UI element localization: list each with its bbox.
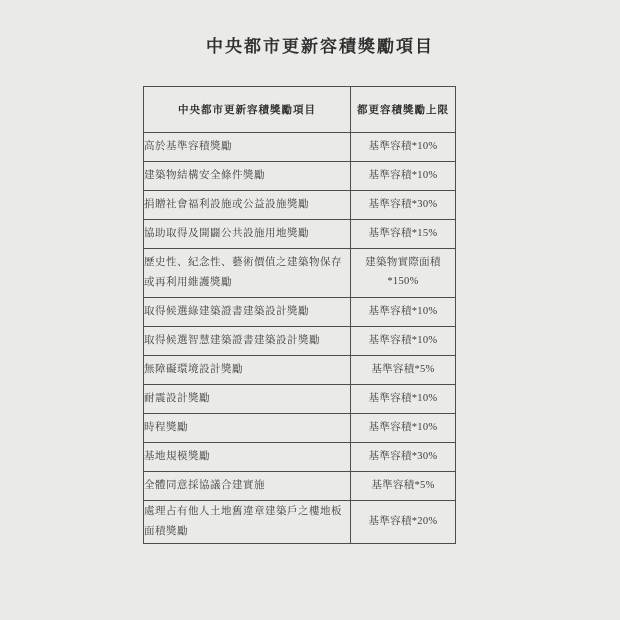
incentive-item-name: 無障礙環境設計獎勵 xyxy=(144,356,351,385)
incentive-item-name: 取得候選智慧建築證書建築設計獎勵 xyxy=(144,327,351,356)
table-row: 耐震設計獎勵 基準容積*10% xyxy=(144,385,456,414)
incentive-table: 中央都市更新容積獎勵項目 都更容積獎勵上限 高於基準容積獎勵 基準容積*10% … xyxy=(143,86,456,544)
table-row: 建築物結構安全條件獎勵 基準容積*10% xyxy=(144,162,456,191)
document-title: 中央都市更新容積獎勵項目 xyxy=(10,32,620,57)
incentive-item-limit: 基準容積*30% xyxy=(351,443,456,472)
table-row: 捐贈社會福利設施或公益設施獎勵 基準容積*30% xyxy=(144,191,456,220)
table-header-item: 中央都市更新容積獎勵項目 xyxy=(144,87,351,133)
table-row: 無障礙環境設計獎勵 基準容積*5% xyxy=(144,356,456,385)
incentive-item-limit: 基準容積*10% xyxy=(351,414,456,443)
incentive-item-limit: 基準容積*10% xyxy=(351,385,456,414)
incentive-item-name: 高於基準容積獎勵 xyxy=(144,133,351,162)
incentive-item-limit: 基準容積*10% xyxy=(351,298,456,327)
incentive-item-name: 時程獎勵 xyxy=(144,414,351,443)
table-row: 高於基準容積獎勵 基準容積*10% xyxy=(144,133,456,162)
incentive-item-name: 歷史性、紀念性、藝術價值之建築物保存 或再利用維護獎勵 xyxy=(144,249,351,298)
scanned-document-page: 中央都市更新容積獎勵項目 中央都市更新容積獎勵項目 都更容積獎勵上限 高於基準容… xyxy=(0,0,620,620)
incentive-item-name: 協助取得及開闢公共設施用地獎勵 xyxy=(144,220,351,249)
incentive-item-name: 取得候選綠建築證書建築設計獎勵 xyxy=(144,298,351,327)
table-row: 處理占有他人土地舊違章建築戶之樓地板 面積獎勵 基準容積*20% xyxy=(144,501,456,544)
incentive-item-name: 建築物結構安全條件獎勵 xyxy=(144,162,351,191)
incentive-item-name: 耐震設計獎勵 xyxy=(144,385,351,414)
table-row: 取得候選智慧建築證書建築設計獎勵 基準容積*10% xyxy=(144,327,456,356)
table-header-limit: 都更容積獎勵上限 xyxy=(351,87,456,133)
incentive-item-limit: 基準容積*10% xyxy=(351,162,456,191)
incentive-item-limit: 基準容積*20% xyxy=(351,501,456,544)
incentive-item-limit: 基準容積*10% xyxy=(351,133,456,162)
table-row: 全體同意採協議合建實施 基準容積*5% xyxy=(144,472,456,501)
table-row: 取得候選綠建築證書建築設計獎勵 基準容積*10% xyxy=(144,298,456,327)
table-row: 歷史性、紀念性、藝術價值之建築物保存 或再利用維護獎勵 建築物實際面積 *150… xyxy=(144,249,456,298)
incentive-item-limit: 基準容積*5% xyxy=(351,472,456,501)
incentive-item-limit: 基準容積*5% xyxy=(351,356,456,385)
incentive-item-limit: 基準容積*30% xyxy=(351,191,456,220)
incentive-item-name: 處理占有他人土地舊違章建築戶之樓地板 面積獎勵 xyxy=(144,501,351,544)
table-row: 協助取得及開闢公共設施用地獎勵 基準容積*15% xyxy=(144,220,456,249)
incentive-item-limit: 基準容積*15% xyxy=(351,220,456,249)
incentive-item-name: 全體同意採協議合建實施 xyxy=(144,472,351,501)
incentive-item-name: 捐贈社會福利設施或公益設施獎勵 xyxy=(144,191,351,220)
incentive-item-limit: 建築物實際面積 *150% xyxy=(351,249,456,298)
incentive-item-name: 基地規模獎勵 xyxy=(144,443,351,472)
table-row: 時程獎勵 基準容積*10% xyxy=(144,414,456,443)
incentive-item-limit: 基準容積*10% xyxy=(351,327,456,356)
table-header-row: 中央都市更新容積獎勵項目 都更容積獎勵上限 xyxy=(144,87,456,133)
table-row: 基地規模獎勵 基準容積*30% xyxy=(144,443,456,472)
